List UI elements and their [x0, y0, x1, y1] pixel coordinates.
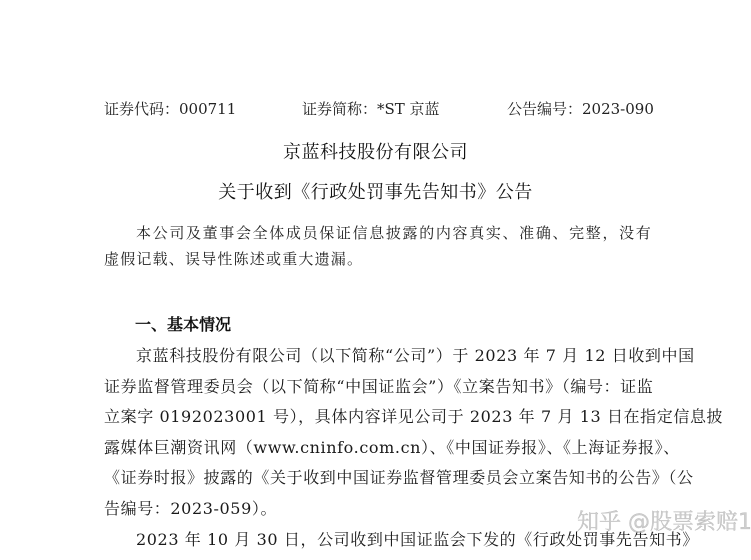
document-title: 关于收到《行政处罚事先告知书》公告 [0, 180, 751, 206]
paragraph-line: 《证券时报》披露的《关于收到中国证券监督管理委员会立案告知书的公告》（公 [104, 463, 652, 494]
paragraph-line: 露媒体巨潮资讯网（www.cninfo.com.cn）、《中国证券报》、《上海证… [104, 433, 652, 464]
paragraph-line: 立案字 0192023001 号），具体内容详见公司于 2023 年 7 月 1… [104, 402, 652, 433]
stock-short-name: 证券简称：*ST 京蓝 [302, 98, 440, 120]
paragraph-penalty-notice: 2023 年 10 月 30 日，公司收到中国证监会下发的《行政处罚事先告知书》 [104, 525, 652, 556]
paragraph-filing-notice: 京蓝科技股份有限公司（以下简称“公司”）于 2023 年 7 月 12 日收到中… [104, 341, 652, 524]
paragraph-line: 2023 年 10 月 30 日，公司收到中国证监会下发的《行政处罚事先告知书》 [104, 525, 652, 556]
announcement-meta-row: 证券代码：000711 证券简称：*ST 京蓝 公告编号：2023-090 [104, 98, 650, 120]
section-heading-basic-info: 一、基本情况 [135, 312, 231, 338]
paragraph-line: 告编号：2023-059）。 [104, 494, 652, 525]
zhihu-watermark: 知乎 @股票索赔123网 [577, 508, 751, 538]
disclaimer-statement: 本公司及董事会全体成员保证信息披露的内容真实、准确、完整，没有虚假记载、误导性陈… [104, 220, 652, 272]
paragraph-line: 证券监督管理委员会（以下简称“中国证监会”）《立案告知书》（编号：证监 [104, 372, 652, 403]
paragraph-line: 京蓝科技股份有限公司（以下简称“公司”）于 2023 年 7 月 12 日收到中… [104, 341, 652, 372]
company-name: 京蓝科技股份有限公司 [0, 140, 751, 166]
document-page: 证券代码：000711 证券简称：*ST 京蓝 公告编号：2023-090 京蓝… [0, 0, 751, 560]
stock-code: 证券代码：000711 [104, 98, 236, 120]
announcement-number: 公告编号：2023-090 [507, 98, 654, 120]
